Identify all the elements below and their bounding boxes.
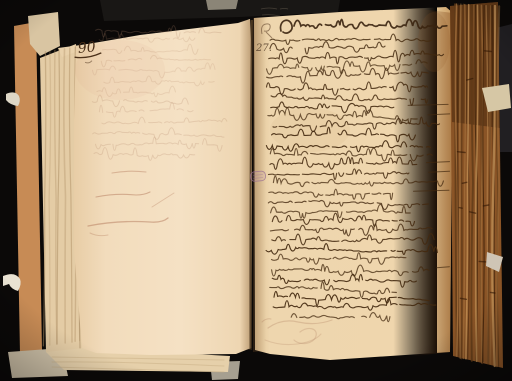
photo-stage: 90 27.	[0, 0, 512, 381]
manuscript-photo: 90 27.	[0, 0, 512, 381]
photo-vignette	[0, 0, 512, 381]
